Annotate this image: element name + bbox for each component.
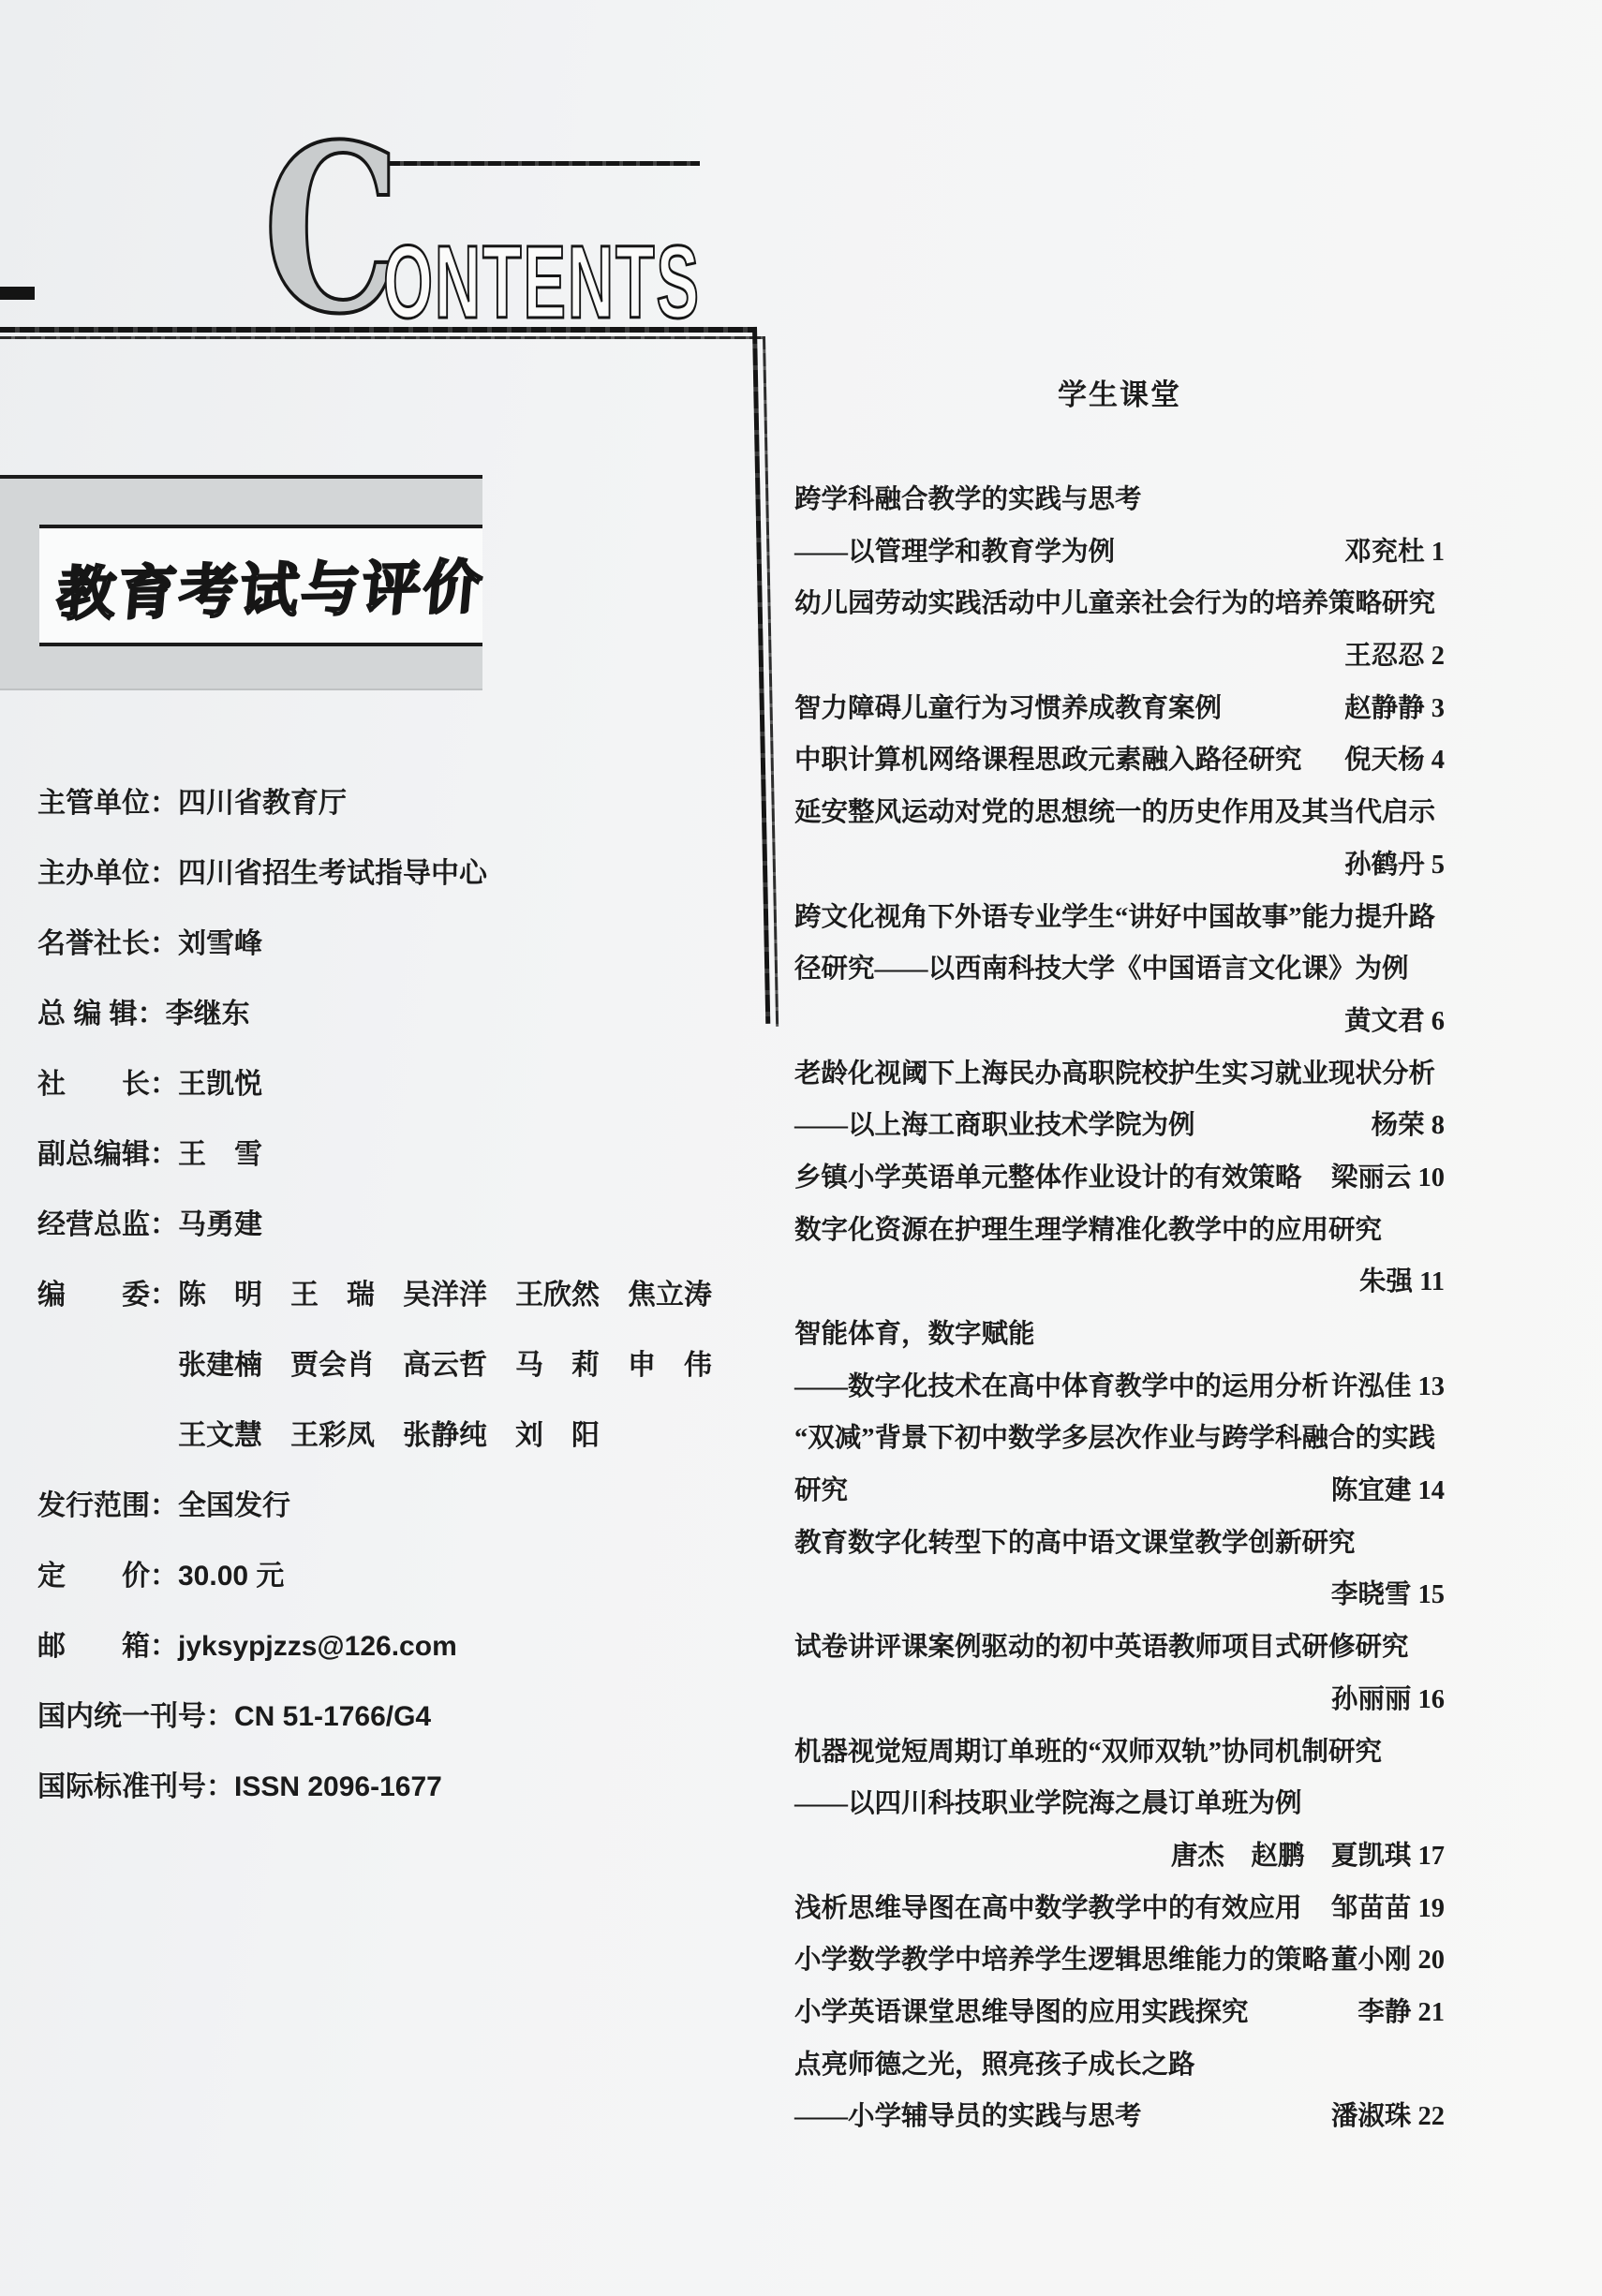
masthead-value: 四川省教育厅 [178,788,347,819]
masthead-value: 王文慧 王彩凤 张静纯 刘 阳 [178,1420,600,1451]
toc-entry-title: 浅析思维导图在高中数学教学中的有效应用 [794,1883,1302,1935]
masthead-row: 总 编 辑：李继东 [37,979,749,1049]
toc-entry: 孙鹤丹 5 [794,839,1445,892]
masthead-value: 张建楠 贾会肖 高云哲 马 莉 申 伟 [178,1350,712,1381]
toc-entry-title: 延安整风运动对党的思想统一的历史作用及其当代启示 [794,787,1435,839]
toc-entry-author: 孙丽丽 16 [1331,1674,1445,1726]
toc-entry: 李晓雪 15 [794,1569,1445,1622]
contents-logo-word: ONTENTS [383,231,701,334]
toc-entry: 乡镇小学英语单元整体作业设计的有效策略梁丽云 10 [794,1152,1445,1205]
masthead-value: 四川省招生考试指导中心 [178,858,487,889]
masthead-row: 定 价：30.00 元 [37,1541,749,1611]
toc-entry-title: 老龄化视阈下上海民办高职院校护生实习就业现状分析 [794,1048,1435,1101]
logo-top-rule [370,161,700,166]
masthead-label: 副总编辑： [37,1139,178,1170]
toc-entry-author: 黄文君 6 [1344,996,1445,1048]
toc-entry: ——数字化技术在高中体育教学中的运用分析许泓佳 13 [794,1361,1445,1414]
masthead-label: 主管单位： [37,788,178,819]
toc-entry-title: ——以四川科技职业学院海之晨订单班为例 [794,1778,1302,1830]
toc-entry: ——小学辅导员的实践与思考潘淑珠 22 [794,2091,1445,2143]
masthead-row: 邮 箱：jyksypjzzs@126.com [37,1611,749,1681]
toc-entry-title: 教育数字化转型下的高中语文课堂教学创新研究 [794,1518,1356,1570]
toc-list: 跨学科融合教学的实践与思考——以管理学和教育学为例邓兖杜 1幼儿园劳动实践活动中… [794,474,1445,2143]
toc-entry: ——以管理学和教育学为例邓兖杜 1 [794,526,1445,579]
toc-entry-author: 潘淑珠 22 [1331,2091,1445,2143]
toc-entry: 教育数字化转型下的高中语文课堂教学创新研究 [794,1518,1445,1570]
masthead-label [37,1420,178,1451]
masthead-row: 主管单位：四川省教育厅 [37,768,749,838]
masthead-value: CN 51-1766/G4 [234,1701,431,1732]
toc-section-header: 学生课堂 [794,375,1445,416]
toc-entry: 中职计算机网络课程思政元素融入路径研究倪天杨 4 [794,734,1445,787]
toc-entry: 智力障碍儿童行为习惯养成教育案例赵静静 3 [794,683,1445,735]
journal-contents-page: C ONTENTS 教育考试与评价 主管单位：四川省教育厅主办单位：四川省招生考… [0,0,1602,2296]
toc-entry: 王忍忍 2 [794,630,1445,683]
toc-entry-title: ——数字化技术在高中体育教学中的运用分析 [794,1361,1328,1414]
toc-entry: 跨文化视角下外语专业学生“讲好中国故事”能力提升路 [794,892,1445,944]
masthead-label: 定 价： [37,1561,178,1592]
masthead-label: 经营总监： [37,1209,178,1240]
toc-entry: 试卷讲评课案例驱动的初中英语教师项目式研修研究 [794,1622,1445,1674]
toc-entry: 小学数学教学中培养学生逻辑思维能力的策略董小刚 20 [794,1934,1445,1987]
masthead-value: 陈 明 王 瑞 吴洋洋 王欣然 焦立涛 [178,1280,712,1311]
toc-entry: 跨学科融合教学的实践与思考 [794,474,1445,526]
masthead-label: 名誉社长： [37,928,178,959]
toc-entry-title: ——以管理学和教育学为例 [794,526,1115,579]
masthead-row: 名誉社长：刘雪峰 [37,909,749,979]
masthead-value: 30.00 元 [178,1561,284,1592]
masthead-value: 王 雪 [178,1139,262,1170]
masthead-row: 主办单位：四川省招生考试指导中心 [37,838,749,909]
toc-entry-author: 董小刚 20 [1331,1934,1445,1987]
toc-entry-author: 唐杰 赵鹏 夏凯琪 17 [1171,1830,1445,1883]
toc-entry: 浅析思维导图在高中数学教学中的有效应用邹苗苗 19 [794,1883,1445,1935]
toc-entry-author: 王忍忍 2 [1344,630,1445,683]
masthead-row: 王文慧 王彩凤 张静纯 刘 阳 [37,1400,749,1471]
toc-entry: 孙丽丽 16 [794,1674,1445,1726]
toc-entry-title: 跨文化视角下外语专业学生“讲好中国故事”能力提升路 [794,892,1435,944]
masthead-value: 刘雪峰 [178,928,262,959]
masthead-label: 发行范围： [37,1490,178,1521]
toc-entry: 机器视觉短周期订单班的“双师双轨”协同机制研究 [794,1726,1445,1779]
toc-entry-author: 许泓佳 13 [1331,1361,1445,1414]
masthead-label: 主办单位： [37,858,178,889]
toc-entry-title: 智力障碍儿童行为习惯养成教育案例 [794,683,1222,735]
masthead-row: 国际标准刊号：ISSN 2096-1677 [37,1752,749,1822]
toc-entry-title: 智能体育，数字赋能 [794,1309,1035,1361]
masthead-value: ISSN 2096-1677 [234,1771,442,1802]
toc-entry: 小学英语课堂思维导图的应用实践探究李静 21 [794,1987,1445,2039]
toc-entry-author: 邓兖杜 1 [1344,526,1445,579]
toc-entry-title: 数字化资源在护理生理学精准化教学中的应用研究 [794,1205,1382,1257]
masthead-row: 经营总监：马勇建 [37,1190,749,1260]
journal-title-panel: 教育考试与评价 [0,475,482,690]
journal-title-box: 教育考试与评价 [39,525,482,646]
vertical-rule-thick [752,327,770,1024]
toc-entry-title: 跨学科融合教学的实践与思考 [794,474,1142,526]
toc-entry-author: 孙鹤丹 5 [1344,839,1445,892]
journal-title: 教育考试与评价 [36,540,489,630]
toc-entry: 幼儿园劳动实践活动中儿童亲社会行为的培养策略研究 [794,578,1445,630]
masthead-label: 总 编 辑： [37,999,166,1029]
masthead-label: 社 长： [37,1069,178,1100]
toc-entry-title: 点亮师德之光，照亮孩子成长之路 [794,2039,1195,2092]
toc-entry: 延安整风运动对党的思想统一的历史作用及其当代启示 [794,787,1445,839]
toc-entry: 老龄化视阈下上海民办高职院校护生实习就业现状分析 [794,1048,1445,1101]
masthead-value: 王凯悦 [178,1069,262,1100]
toc-entry-title: ——以上海工商职业技术学院为例 [794,1100,1195,1152]
toc-entry-author: 李晓雪 15 [1331,1569,1445,1622]
toc-entry-author: 赵静静 3 [1344,683,1445,735]
masthead: 主管单位：四川省教育厅主办单位：四川省招生考试指导中心名誉社长：刘雪峰总 编 辑… [37,768,749,1822]
masthead-label: 国际标准刊号： [37,1771,234,1802]
toc-entry-author: 杨荣 8 [1372,1100,1445,1152]
toc-entry-author: 朱强 11 [1359,1256,1445,1309]
toc-entry: 数字化资源在护理生理学精准化教学中的应用研究 [794,1205,1445,1257]
masthead-value: 李继东 [166,999,250,1029]
toc-entry: 研究陈宜建 14 [794,1465,1445,1518]
masthead-row: 社 长：王凯悦 [37,1049,749,1119]
toc-entry-title: 试卷讲评课案例驱动的初中英语教师项目式研修研究 [794,1622,1409,1674]
toc-entry-title: 机器视觉短周期订单班的“双师双轨”协同机制研究 [794,1726,1382,1779]
toc-entry-author: 倪天杨 4 [1344,734,1445,787]
toc-entry-title: 幼儿园劳动实践活动中儿童亲社会行为的培养策略研究 [794,578,1435,630]
toc-entry: 黄文君 6 [794,996,1445,1048]
masthead-row: 发行范围：全国发行 [37,1471,749,1541]
left-edge-mark [0,287,35,300]
toc-entry-title: ——小学辅导员的实践与思考 [794,2091,1142,2143]
toc-entry: 唐杰 赵鹏 夏凯琪 17 [794,1830,1445,1883]
toc-entry-author: 邹苗苗 19 [1331,1883,1445,1935]
toc-entry: “双减”背景下初中数学多层次作业与跨学科融合的实践 [794,1413,1445,1465]
toc-entry-author: 李静 21 [1357,1987,1445,2039]
toc-entry-author: 梁丽云 10 [1331,1152,1445,1205]
toc-entry-author: 陈宜建 14 [1331,1465,1445,1518]
toc-entry-title: 研究 [794,1465,848,1518]
masthead-label: 国内统一刊号： [37,1701,234,1732]
contents-logo-initial: C [263,115,401,346]
masthead-row: 编 委：陈 明 王 瑞 吴洋洋 王欣然 焦立涛 [37,1260,749,1330]
masthead-row: 国内统一刊号：CN 51-1766/G4 [37,1681,749,1752]
masthead-label: 编 委： [37,1280,178,1311]
toc-entry: 智能体育，数字赋能 [794,1309,1445,1361]
toc-entry: 径研究——以西南科技大学《中国语言文化课》为例 [794,943,1445,996]
masthead-value: 马勇建 [178,1209,262,1240]
masthead-label [37,1350,178,1381]
toc-entry-title: 小学英语课堂思维导图的应用实践探究 [794,1987,1249,2039]
masthead-row: 张建楠 贾会肖 高云哲 马 莉 申 伟 [37,1330,749,1400]
toc-entry-title: 径研究——以西南科技大学《中国语言文化课》为例 [794,943,1409,996]
toc-entry-title: 乡镇小学英语单元整体作业设计的有效策略 [794,1152,1302,1205]
toc-entry-title: 小学数学教学中培养学生逻辑思维能力的策略 [794,1934,1328,1987]
toc-entry: ——以四川科技职业学院海之晨订单班为例 [794,1778,1445,1830]
toc-entry-title: 中职计算机网络课程思政元素融入路径研究 [794,734,1302,787]
masthead-value: jyksypjzzs@126.com [178,1631,457,1662]
masthead-row: 副总编辑：王 雪 [37,1119,749,1190]
toc-entry: 点亮师德之光，照亮孩子成长之路 [794,2039,1445,2092]
toc-entry: ——以上海工商职业技术学院为例杨荣 8 [794,1100,1445,1152]
toc-entry-title: “双减”背景下初中数学多层次作业与跨学科融合的实践 [794,1413,1435,1465]
masthead-value: 全国发行 [178,1490,290,1521]
toc-entry: 朱强 11 [794,1256,1445,1309]
masthead-label: 邮 箱： [37,1631,178,1662]
